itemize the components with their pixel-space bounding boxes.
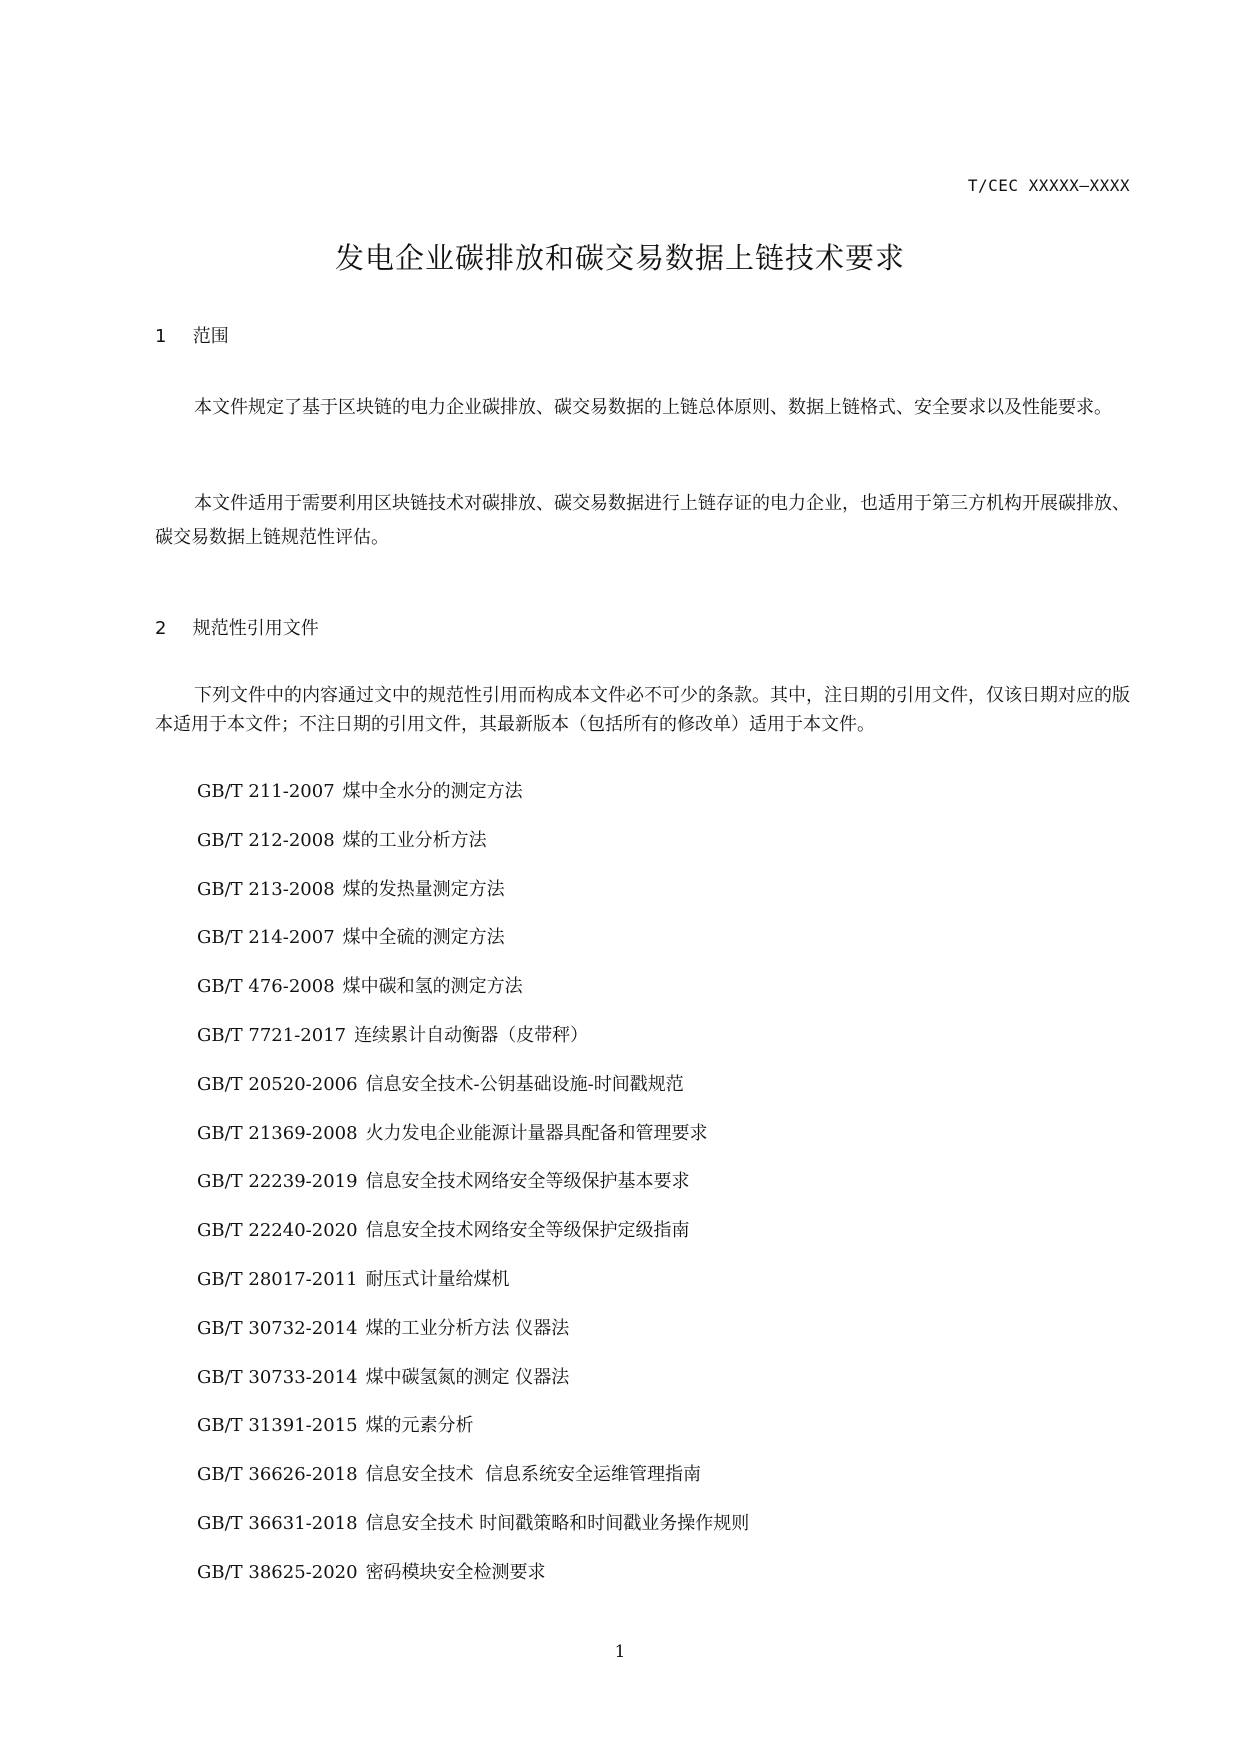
reference-item: GB/T 21369-2008火力发电企业能源计量器具配备和管理要求 <box>197 1122 749 1171</box>
document-title: 发电企业碳排放和碳交易数据上链技术要求 <box>0 236 1240 277</box>
reference-title: 煤的工业分析方法 <box>343 830 487 851</box>
reference-code: GB/T 30733-2014 <box>197 1367 358 1388</box>
reference-code: GB/T 21369-2008 <box>197 1123 358 1144</box>
reference-title: 煤的发热量测定方法 <box>343 879 505 900</box>
reference-item: GB/T 214-2007煤中全硫的测定方法 <box>197 926 749 975</box>
reference-title: 密码模块安全检测要求 <box>366 1562 546 1583</box>
references-intro-paragraph: 下列文件中的内容通过文中的规范性引用而构成本文件必不可少的条款。其中，注日期的引… <box>155 681 1130 739</box>
reference-code: GB/T 214-2007 <box>197 927 335 948</box>
reference-title: 煤的工业分析方法 仪器法 <box>366 1318 570 1339</box>
reference-item: GB/T 22240-2020信息安全技术网络安全等级保护定级指南 <box>197 1219 749 1268</box>
reference-code: GB/T 22239-2019 <box>197 1171 358 1192</box>
reference-list: GB/T 211-2007煤中全水分的测定方法 GB/T 212-2008煤的工… <box>197 780 749 1610</box>
reference-title: 信息安全技术 信息系统安全运维管理指南 <box>366 1464 701 1485</box>
reference-code: GB/T 7721-2017 <box>197 1025 346 1046</box>
reference-title: 煤中全水分的测定方法 <box>343 781 523 802</box>
section-heading-scope: 1 范围 <box>155 322 229 348</box>
reference-title: 耐压式计量给煤机 <box>366 1269 510 1290</box>
section-heading-normative-references: 2 规范性引用文件 <box>155 614 319 640</box>
section-number: 2 <box>155 618 187 639</box>
reference-code: GB/T 211-2007 <box>197 781 335 802</box>
reference-title: 煤的元素分析 <box>366 1415 474 1436</box>
reference-item: GB/T 476-2008煤中碳和氢的测定方法 <box>197 975 749 1024</box>
reference-code: GB/T 212-2008 <box>197 830 335 851</box>
reference-title: 信息安全技术-公钥基础设施-时间戳规范 <box>366 1074 684 1095</box>
section-title: 规范性引用文件 <box>193 618 319 639</box>
section-title: 范围 <box>193 326 229 347</box>
reference-item: GB/T 211-2007煤中全水分的测定方法 <box>197 780 749 829</box>
reference-code: GB/T 22240-2020 <box>197 1220 358 1241</box>
section-number: 1 <box>155 326 187 347</box>
reference-title: 煤中碳和氢的测定方法 <box>343 976 523 997</box>
reference-title: 煤中全硫的测定方法 <box>343 927 505 948</box>
reference-title: 煤中碳氢氮的测定 仪器法 <box>366 1367 570 1388</box>
reference-item: GB/T 31391-2015煤的元素分析 <box>197 1414 749 1463</box>
reference-item: GB/T 38625-2020密码模块安全检测要求 <box>197 1561 749 1610</box>
reference-code: GB/T 31391-2015 <box>197 1415 358 1436</box>
reference-item: GB/T 7721-2017连续累计自动衡器（皮带秤） <box>197 1024 749 1073</box>
reference-item: GB/T 36631-2018信息安全技术 时间戳策略和时间戳业务操作规则 <box>197 1512 749 1561</box>
reference-title: 信息安全技术 时间戳策略和时间戳业务操作规则 <box>366 1513 750 1534</box>
reference-code: GB/T 36626-2018 <box>197 1464 358 1485</box>
reference-title: 连续累计自动衡器（皮带秤） <box>354 1025 588 1046</box>
reference-code: GB/T 36631-2018 <box>197 1513 358 1534</box>
reference-title: 火力发电企业能源计量器具配备和管理要求 <box>366 1123 708 1144</box>
reference-item: GB/T 213-2008煤的发热量测定方法 <box>197 878 749 927</box>
reference-title: 信息安全技术网络安全等级保护基本要求 <box>366 1171 690 1192</box>
reference-item: GB/T 30733-2014煤中碳氢氮的测定 仪器法 <box>197 1366 749 1415</box>
reference-code: GB/T 476-2008 <box>197 976 335 997</box>
reference-code: GB/T 30732-2014 <box>197 1318 358 1339</box>
reference-item: GB/T 30732-2014煤的工业分析方法 仪器法 <box>197 1317 749 1366</box>
scope-paragraph-2: 本文件适用于需要利用区块链技术对碳排放、碳交易数据进行上链存证的电力企业，也适用… <box>155 487 1130 555</box>
reference-code: GB/T 28017-2011 <box>197 1269 358 1290</box>
page-number: 1 <box>0 1642 1240 1662</box>
reference-code: GB/T 20520-2006 <box>197 1074 358 1095</box>
document-code: T/CEC XXXXX—XXXX <box>968 176 1130 195</box>
reference-item: GB/T 36626-2018信息安全技术 信息系统安全运维管理指南 <box>197 1463 749 1512</box>
scope-paragraph-1: 本文件规定了基于区块链的电力企业碳排放、碳交易数据的上链总体原则、数据上链格式、… <box>155 391 1130 425</box>
reference-item: GB/T 28017-2011耐压式计量给煤机 <box>197 1268 749 1317</box>
reference-title: 信息安全技术网络安全等级保护定级指南 <box>366 1220 690 1241</box>
reference-code: GB/T 38625-2020 <box>197 1562 358 1583</box>
reference-code: GB/T 213-2008 <box>197 879 335 900</box>
reference-item: GB/T 212-2008煤的工业分析方法 <box>197 829 749 878</box>
document-page: T/CEC XXXXX—XXXX 发电企业碳排放和碳交易数据上链技术要求 1 范… <box>0 0 1240 1753</box>
reference-item: GB/T 20520-2006信息安全技术-公钥基础设施-时间戳规范 <box>197 1073 749 1122</box>
reference-item: GB/T 22239-2019信息安全技术网络安全等级保护基本要求 <box>197 1170 749 1219</box>
